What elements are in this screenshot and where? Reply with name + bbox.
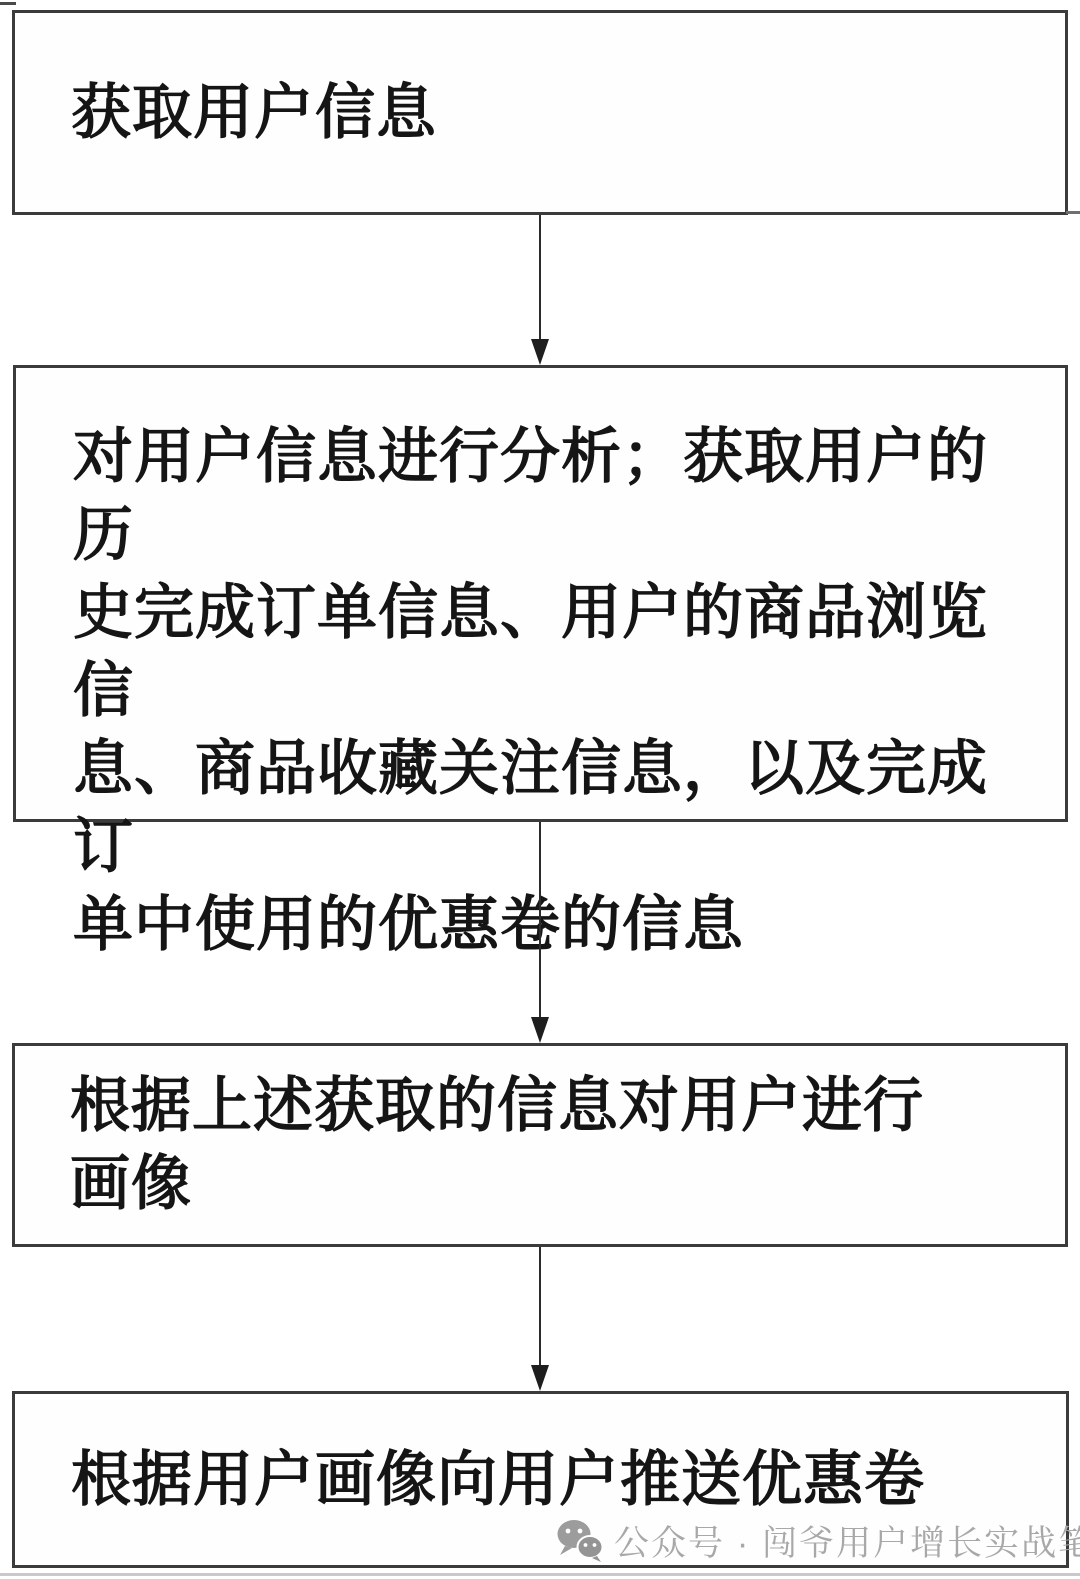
flow-box-step-3-line-1: 根据上述获取的信息对用户进行 xyxy=(70,1067,1065,1145)
flow-box-step-3-line-2: 画像 xyxy=(70,1145,1065,1223)
arrow-step1-to-step2-line xyxy=(539,215,541,339)
scan-artifact-border-overhang xyxy=(1066,211,1080,214)
flow-box-step-4-text: 根据用户画像向用户推送优惠卷 xyxy=(71,1441,925,1519)
arrow-step3-to-step4-line xyxy=(539,1247,541,1365)
watermark: 公众号 · 闯爷用户增长实战笔记 xyxy=(556,1516,1080,1566)
flow-box-step-1: 获取用户信息 xyxy=(12,10,1068,215)
watermark-text: 公众号 · 闯爷用户增长实战笔记 xyxy=(614,1516,1080,1566)
flow-box-step-2-line-4: 单中使用的优惠卷的信息 xyxy=(73,886,1035,964)
arrow-step2-to-step3-line xyxy=(539,822,541,1017)
flow-box-step-3: 根据上述获取的信息对用户进行 画像 xyxy=(12,1043,1068,1247)
flowchart-canvas: 获取用户信息 对用户信息进行分析；获取用户的历 史完成订单信息、用户的商品浏览信… xyxy=(0,0,1080,1579)
arrow-step1-to-step2-head-icon xyxy=(531,339,549,365)
scan-artifact-top-line xyxy=(0,2,16,5)
flow-box-step-1-text: 获取用户信息 xyxy=(71,74,437,152)
flow-box-step-2: 对用户信息进行分析；获取用户的历 史完成订单信息、用户的商品浏览信 息、商品收藏… xyxy=(13,365,1068,822)
arrow-step2-to-step3-head-icon xyxy=(531,1017,549,1043)
flow-box-step-2-line-1: 对用户信息进行分析；获取用户的历 xyxy=(73,418,1035,574)
arrow-step3-to-step4-head-icon xyxy=(531,1365,549,1391)
flow-box-step-2-line-2: 史完成订单信息、用户的商品浏览信 xyxy=(73,574,1035,730)
scan-artifact-bottom-line xyxy=(0,1573,1080,1576)
wechat-icon xyxy=(556,1519,604,1563)
flow-box-step-2-line-3: 息、商品收藏关注信息，以及完成订 xyxy=(73,730,1035,886)
